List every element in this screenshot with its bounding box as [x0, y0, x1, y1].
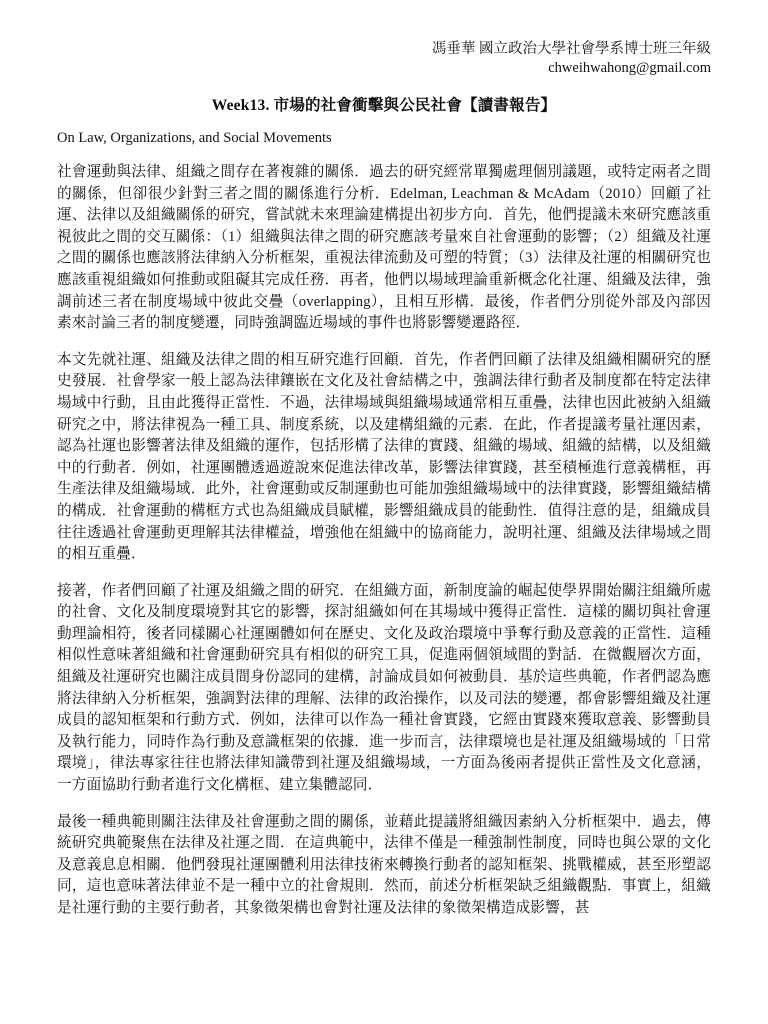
body-paragraph-2: 本文先就社運、組織及法律之間的相互研究進行回顧．首先，作者們回顧了法律及組織相關… — [57, 350, 711, 566]
author-email: chweihwahong@gmail.com — [57, 59, 711, 78]
document-page: 馮垂華 國立政治大學社會學系博士班三年級 chweihwahong@gmail.… — [0, 0, 768, 1024]
page-title: Week13. 市場的社會衝擊與公民社會【讀書報告】 — [57, 93, 711, 115]
author-affiliation-line: 馮垂華 國立政治大學社會學系博士班三年級 — [57, 40, 711, 59]
document-body: 社會運動與法律、組織之間存在著複雜的關係．過去的研究經常單獨處理個別議題，或特定… — [57, 162, 711, 920]
body-paragraph-1: 社會運動與法律、組織之間存在著複雜的關係．過去的研究經常單獨處理個別議題，或特定… — [57, 162, 711, 335]
body-paragraph-4: 最後一種典範則關注法律及社會運動之間的關係，並藉此提議將組織因素納入分析框架中．… — [57, 812, 711, 920]
document-header: 馮垂華 國立政治大學社會學系博士班三年級 chweihwahong@gmail.… — [57, 40, 711, 78]
body-paragraph-3: 接著，作者們回顧了社運及組織之間的研究．在組織方面，新制度論的崛起使學界開始關注… — [57, 581, 711, 797]
document-subtitle: On Law, Organizations, and Social Moveme… — [57, 130, 711, 147]
